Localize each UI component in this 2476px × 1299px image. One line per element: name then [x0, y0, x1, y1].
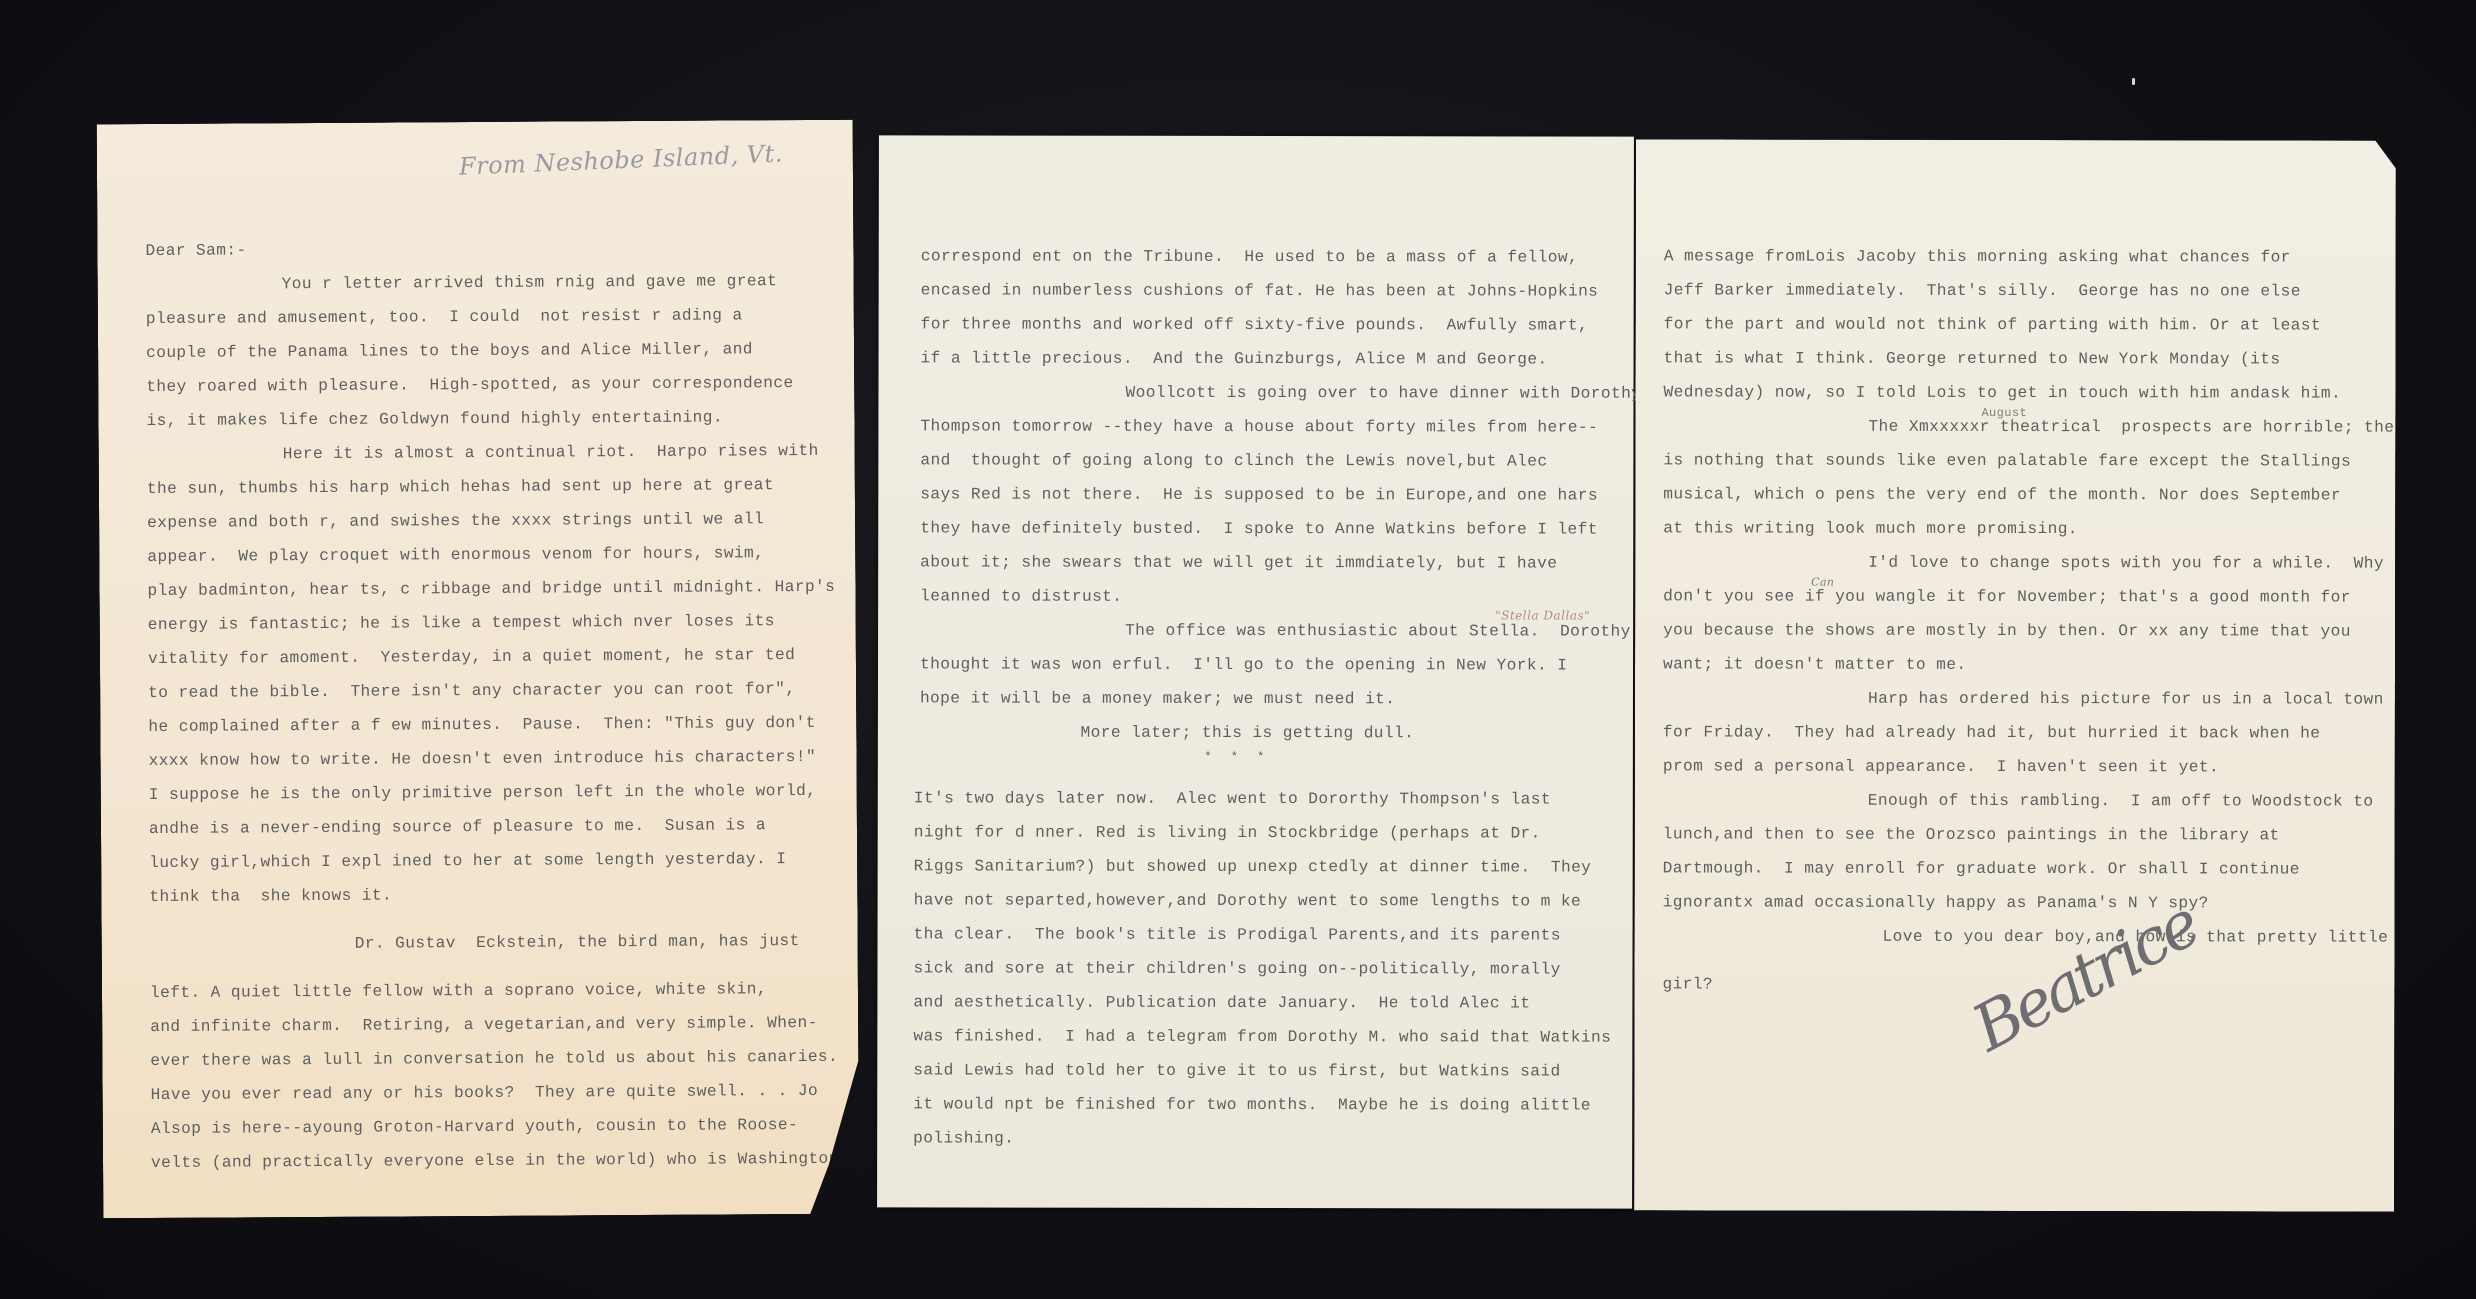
interlinear-insert-august: August	[1981, 396, 2027, 430]
text-line: they have definitely busted. I spoke to …	[920, 511, 1615, 546]
text-line: the sun, thumbs his harp which hehas had…	[147, 468, 837, 506]
text-line: to read the bible. There isn't any chara…	[148, 672, 838, 710]
text-line: prom sed a personal appearance. I haven'…	[1663, 749, 2377, 784]
handwritten-note-stella-dallas: "Stella Dallas"	[1495, 598, 1590, 632]
text-line: sick and sore at their children's going …	[913, 951, 1614, 986]
text-line: is, it makes life chez Goldwyn found hig…	[146, 400, 836, 438]
letter-page-1: From Neshobe Island, Vt. Dear Sam:- You …	[97, 120, 860, 1219]
text-line: have not separted,however,and Dorothy we…	[914, 883, 1615, 918]
text-line: lunch,and then to see the Orozsco painti…	[1663, 817, 2377, 852]
letter-page-3: A message fromLois Jacoby this morning a…	[1634, 139, 2396, 1211]
text-line: You r letter arrived thism rnig and gave…	[146, 264, 836, 302]
text-line: Alsop is here--ayoung Groton-Harvard you…	[151, 1108, 841, 1146]
text-line: Riggs Sanitarium?) but showed up unexp c…	[914, 849, 1615, 884]
text-line: Dartmough. I may enroll for graduate wor…	[1663, 851, 2377, 886]
text-line: energy is fantastic; he is like a tempes…	[148, 604, 838, 642]
text-line: says Red is not there. He is supposed to…	[920, 477, 1615, 512]
text-line: about it; she swears that we will get it…	[920, 545, 1615, 580]
text-line: polishing.	[913, 1121, 1614, 1156]
text-line: It's two days later now. Alec went to Do…	[914, 781, 1615, 816]
text-line: for three months and worked off sixty-fi…	[921, 307, 1616, 342]
text-line: vitality for amoment. Yesterday, in a qu…	[148, 638, 838, 676]
text-line: The office was enthusiastic about Stella…	[920, 613, 1615, 648]
text-line: tha clear. The book's title is Prodigal …	[914, 917, 1615, 952]
text-line: pleasure and amusement, too. I could not…	[146, 298, 836, 336]
text-line: I suppose he is the only primitive perso…	[149, 774, 839, 812]
text-line: think tha she knows it.	[149, 876, 839, 914]
text-line: Here it is almost a continual riot. Harp…	[147, 434, 837, 472]
text-line: andhe is a never-ending source of pleasu…	[149, 808, 839, 846]
interlinear-insert-can: Can	[1811, 566, 1834, 600]
text-line: lucky girl,which I expl ined to her at s…	[149, 842, 839, 880]
text-line: thought it was won erful. I'll go to the…	[920, 647, 1615, 682]
text-line: musical, which o pens the very end of th…	[1663, 477, 2377, 512]
text-line: More later; this is getting dull.	[920, 715, 1615, 750]
text-line: and aesthetically. Publication date Janu…	[913, 985, 1614, 1020]
text-line: Dr. Gustav Eckstein, the bird man, has j…	[150, 924, 840, 962]
text-line: and infinite charm. Retiring, a vegetari…	[150, 1006, 840, 1044]
text-line: he complained after a f ew minutes. Paus…	[148, 706, 838, 744]
text-line: Thompson tomorrow --they have a house ab…	[920, 409, 1615, 444]
text-line: Harp has ordered his picture for us in a…	[1663, 681, 2377, 716]
dust-speck	[2132, 78, 2135, 85]
text-line: I'd love to change spots with you for a …	[1663, 545, 2377, 580]
text-line: xxxx know how to write. He doesn't even …	[148, 740, 838, 778]
text-line: left. A quiet little fellow with a sopra…	[150, 972, 840, 1010]
text-line: appear. We play croquet with enormous ve…	[147, 536, 837, 574]
text-line: Have you ever read any or his books? The…	[150, 1074, 840, 1112]
text-line: couple of the Panama lines to the boys a…	[146, 332, 836, 370]
text-line: for the part and would not think of part…	[1664, 307, 2378, 342]
text-line: A message fromLois Jacoby this morning a…	[1664, 239, 2378, 274]
text-line: night for d nner. Red is living in Stock…	[914, 815, 1615, 850]
text-line: you because the shows are mostly in by t…	[1663, 613, 2377, 648]
text-line: hope it will be a money maker; we must n…	[920, 681, 1615, 716]
text-line: for Friday. They had already had it, but…	[1663, 715, 2377, 750]
handwritten-header-note: From Neshobe Island, Vt.	[458, 136, 783, 183]
text-line: they roared with pleasure. High-spotted,…	[146, 366, 836, 404]
text-line: correspond ent on the Tribune. He used t…	[921, 239, 1616, 274]
text-line: said Lewis had told her to give it to us…	[913, 1053, 1614, 1088]
text-line: that is what I think. George returned to…	[1664, 341, 2378, 376]
text-line: it would npt be finished for two months.…	[913, 1087, 1614, 1122]
section-separator: * * *	[920, 749, 1615, 768]
letter-page-2: correspond ent on the Tribune. He used t…	[877, 135, 1634, 1208]
text-line: The Xmxxxxxr theatrical prospects are ho…	[1663, 409, 2377, 444]
text-line: if a little precious. And the Guinzburgs…	[921, 341, 1616, 376]
text-line: don't you see if you wangle it for Novem…	[1663, 579, 2377, 614]
text-line: at this writing look much more promising…	[1663, 511, 2377, 546]
text-line: and thought of going along to clinch the…	[920, 443, 1615, 478]
text-line: Woollcott is going over to have dinner w…	[920, 375, 1615, 410]
text-line: Jeff Barker immediately. That's silly. G…	[1664, 273, 2378, 308]
text-line: want; it doesn't matter to me.	[1663, 647, 2377, 682]
text-line: ever there was a lull in conversation he…	[150, 1040, 840, 1078]
text-line: velts (and practically everyone else in …	[151, 1142, 841, 1180]
text-line: Love to you dear boy,and how is that pre…	[1663, 919, 2377, 954]
text-line: is nothing that sounds like even palatab…	[1663, 443, 2377, 478]
text-line: expense and both r, and swishes the xxxx…	[147, 502, 837, 540]
text-line: Enough of this rambling. I am off to Woo…	[1663, 783, 2377, 818]
salutation: Dear Sam:-	[145, 230, 835, 268]
text-line: ignorantx amad occasionally happy as Pan…	[1663, 885, 2377, 920]
text-line: encased in numberless cushions of fat. H…	[921, 273, 1616, 308]
text-line: play badminton, hear ts, c ribbage and b…	[147, 570, 837, 608]
text-line: was finished. I had a telegram from Doro…	[913, 1019, 1614, 1054]
